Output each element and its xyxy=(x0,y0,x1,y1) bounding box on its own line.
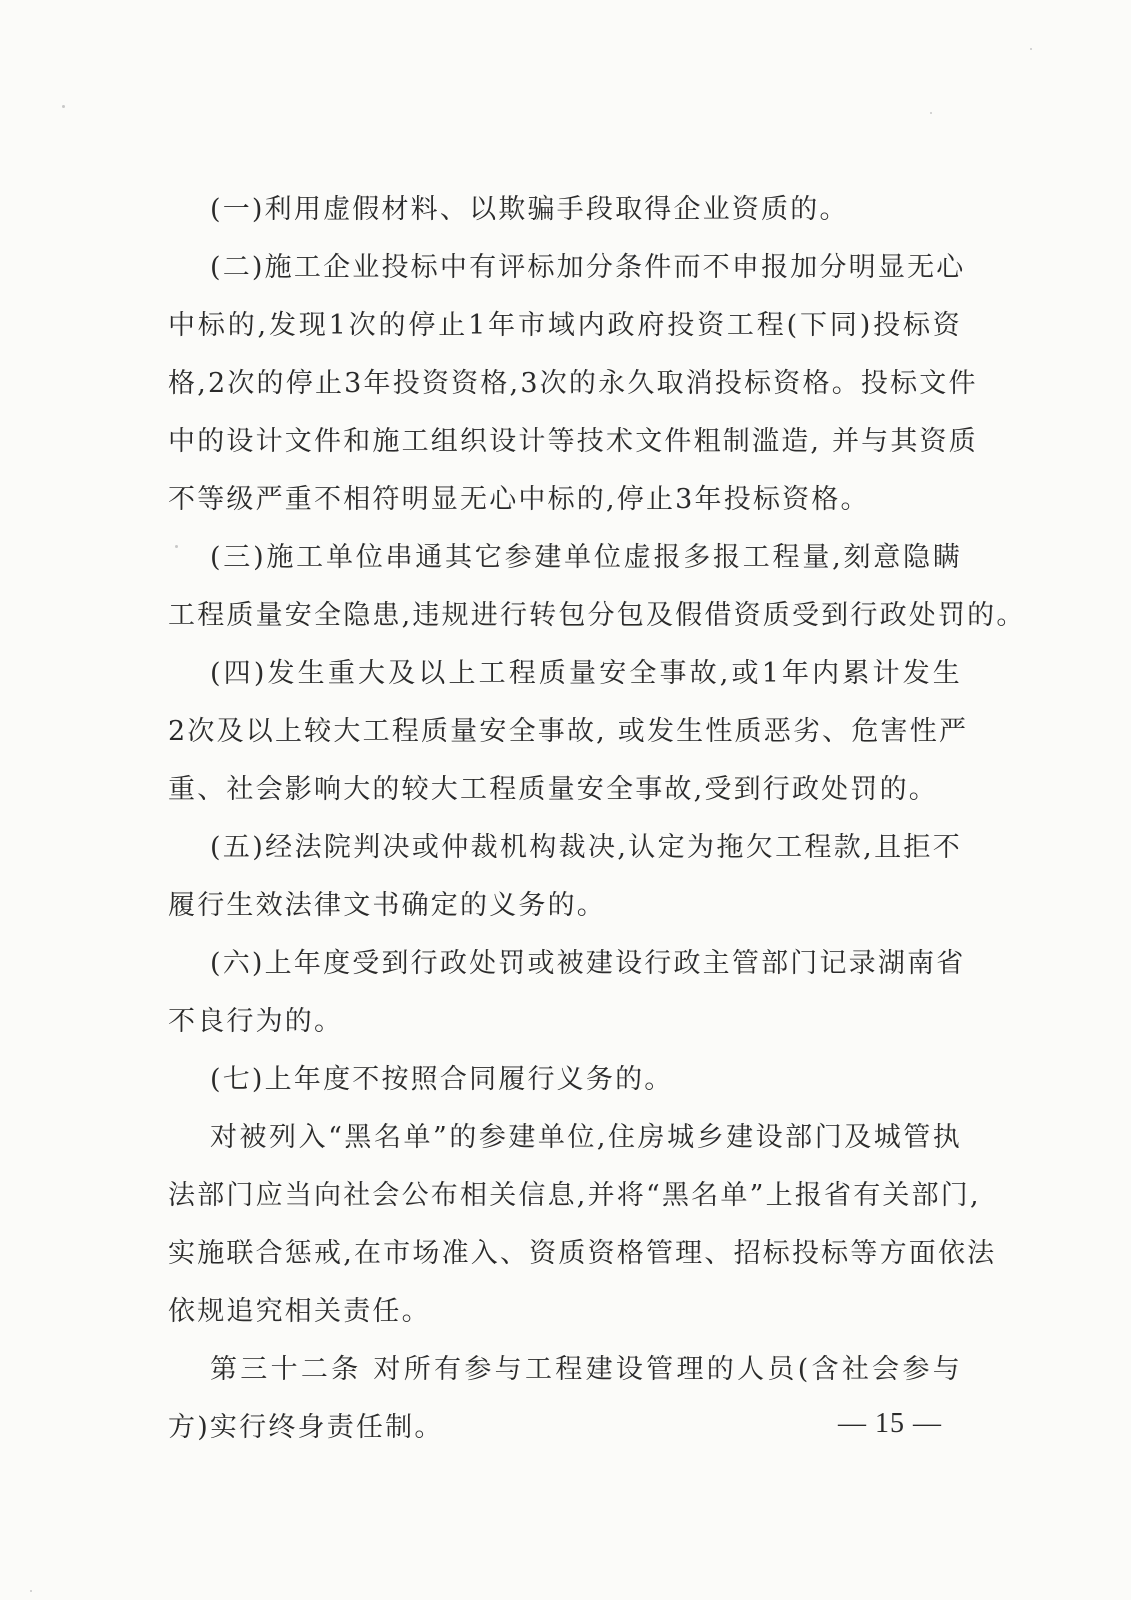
document-page: (一)利用虚假材料、以欺骗手段取得企业资质的。 (二)施工企业投标中有评标加分条… xyxy=(0,0,1131,1600)
text-line: (七)上年度不按照合同履行义务的。 xyxy=(210,1062,962,1098)
text-line: 工程质量安全隐患,违规进行转包分包及假借资质受到行政处罚的。 xyxy=(168,598,962,634)
scan-speck xyxy=(1030,48,1032,50)
text-line: (一)利用虚假材料、以欺骗手段取得企业资质的。 xyxy=(210,192,962,228)
text-line: 实施联合惩戒,在市场准入、资质资格管理、招标投标等方面依法 xyxy=(168,1236,962,1272)
text-line: (六)上年度受到行政处罚或被建设行政主管部门记录湖南省 xyxy=(210,946,962,982)
text-line: 对被列入“黑名单”的参建单位,住房城乡建设部门及城管执 xyxy=(210,1120,962,1156)
text-line: 中的设计文件和施工组织设计等技术文件粗制滥造, 并与其资质 xyxy=(168,424,962,460)
text-line: 不良行为的。 xyxy=(168,1004,920,1040)
article-heading-line: 第三十二条 对所有参与工程建设管理的人员(含社会参与 xyxy=(210,1352,962,1388)
page-number: — 15 — xyxy=(838,1408,942,1440)
text-line: 方)实行终身责任制。 xyxy=(168,1410,920,1446)
text-line: (五)经法院判决或仲裁机构裁决,认定为拖欠工程款,且拒不 xyxy=(210,830,962,866)
text-line: (四)发生重大及以上工程质量安全事故,或1年内累计发生 xyxy=(210,656,962,692)
text-line: (二)施工企业投标中有评标加分条件而不申报加分明显无心 xyxy=(210,250,962,286)
text-line: 依规追究相关责任。 xyxy=(168,1294,920,1330)
text-line: 2次及以上较大工程质量安全事故, 或发生性质恶劣、危害性严 xyxy=(168,714,962,750)
scan-speck xyxy=(175,545,178,548)
text-line: 法部门应当向社会公布相关信息,并将“黑名单”上报省有关部门, xyxy=(168,1178,962,1214)
scan-speck xyxy=(30,1590,32,1592)
text-line: (三)施工单位串通其它参建单位虚报多报工程量,刻意隐瞒 xyxy=(210,540,962,576)
scan-speck xyxy=(930,112,932,114)
text-line: 重、社会影响大的较大工程质量安全事故,受到行政处罚的。 xyxy=(168,772,920,808)
text-line: 不等级严重不相符明显无心中标的,停止3年投标资格。 xyxy=(168,482,920,518)
text-line: 格,2次的停止3年投资资格,3次的永久取消投标资格。投标文件 xyxy=(168,366,962,402)
text-line: 履行生效法律文书确定的义务的。 xyxy=(168,888,920,924)
scan-speck xyxy=(62,105,65,108)
text-line: 中标的,发现1次的停止1年市域内政府投资工程(下同)投标资 xyxy=(168,308,962,344)
